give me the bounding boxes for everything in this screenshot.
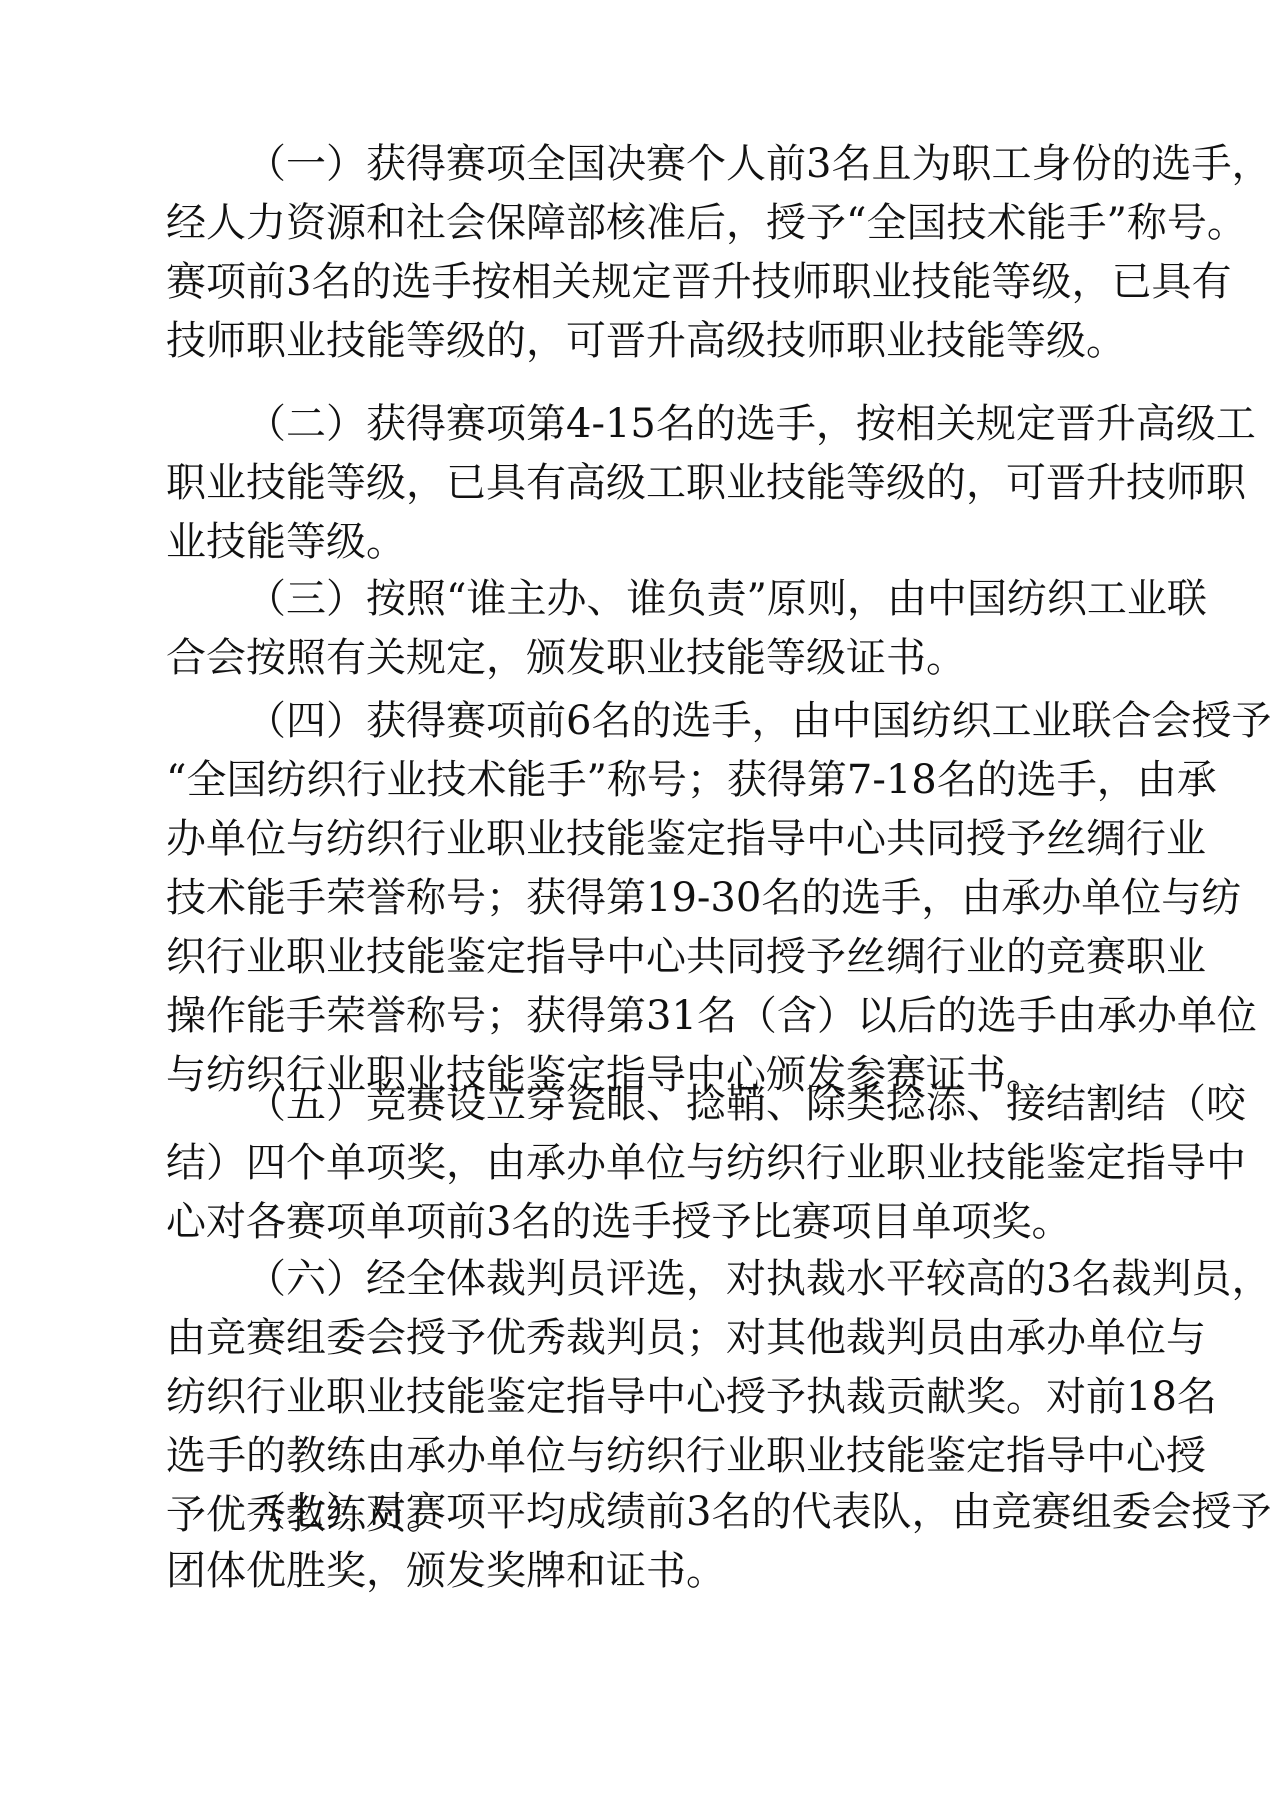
- paragraph-1-national-finals-top3: （一）获得赛项全国决赛个人前3名且为职工身份的选手， 经人力资源和社会保障部核准…: [166, 135, 1118, 371]
- paragraph-line: 职业技能等级，已具有高级工职业技能等级的，可晋升技师职: [166, 454, 1118, 513]
- paragraph-line: 技术能手荣誉称号；获得第19-30名的选手，由承办单位与纺: [166, 869, 1118, 928]
- paragraph-line: 技师职业技能等级的，可晋升高级技师职业技能等级。: [166, 312, 1118, 371]
- paragraph-line: 团体优胜奖，颁发奖牌和证书。: [166, 1542, 1118, 1601]
- paragraph-line: 织行业职业技能鉴定指导中心共同授予丝绸行业的竞赛职业: [166, 928, 1118, 987]
- paragraph-line: 选手的教练由承办单位与纺织行业职业技能鉴定指导中心授: [166, 1427, 1118, 1486]
- paragraph-line: 操作能手荣誉称号；获得第31名（含）以后的选手由承办单位: [166, 987, 1118, 1046]
- paragraph-line: 经人力资源和社会保障部核准后，授予“全国技术能手”称号。: [166, 194, 1118, 253]
- paragraph-line: 赛项前3名的选手按相关规定晋升技师职业技能等级，已具有: [166, 253, 1118, 312]
- paragraph-line: 结）四个单项奖，由承办单位与纺织行业职业技能鉴定指导中: [166, 1134, 1118, 1193]
- paragraph-5-single-event-awards: （五）竞赛设立穿瓷眼、捻鞘、除类捻添、接结割结（咬 结）四个单项奖，由承办单位与…: [166, 1075, 1118, 1252]
- paragraph-line: （三）按照“谁主办、谁负责”原则，由中国纺织工业联: [166, 570, 1118, 629]
- paragraph-line: （四）获得赛项前6名的选手，由中国纺织工业联合会授予: [166, 692, 1118, 751]
- paragraph-line: （七）对赛项平均成绩前3名的代表队，由竞赛组委会授予: [166, 1483, 1118, 1542]
- paragraph-line: （六）经全体裁判员评选，对执裁水平较高的3名裁判员，: [166, 1250, 1118, 1309]
- paragraph-line: 办单位与纺织行业职业技能鉴定指导中心共同授予丝绸行业: [166, 810, 1118, 869]
- document-page: （一）获得赛项全国决赛个人前3名且为职工身份的选手， 经人力资源和社会保障部核准…: [0, 0, 1279, 1808]
- paragraph-line: （一）获得赛项全国决赛个人前3名且为职工身份的选手，: [166, 135, 1118, 194]
- paragraph-3-certificate-principle: （三）按照“谁主办、谁负责”原则，由中国纺织工业联 合会按照有关规定，颁发职业技…: [166, 570, 1118, 688]
- paragraph-line: 纺织行业职业技能鉴定指导中心授予执裁贡献奖。对前18名: [166, 1368, 1118, 1427]
- paragraph-line: 心对各赛项单项前3名的选手授予比赛项目单项奖。: [166, 1193, 1118, 1252]
- paragraph-line: （二）获得赛项第4-15名的选手，按相关规定晋升高级工: [166, 395, 1118, 454]
- paragraph-line: 业技能等级。: [166, 513, 1118, 572]
- paragraph-4-industry-titles: （四）获得赛项前6名的选手，由中国纺织工业联合会授予 “全国纺织行业技术能手”称…: [166, 692, 1118, 1105]
- paragraph-line: “全国纺织行业技术能手”称号；获得第7-18名的选手，由承: [166, 751, 1118, 810]
- paragraph-2-rank-4-15: （二）获得赛项第4-15名的选手，按相关规定晋升高级工 职业技能等级，已具有高级…: [166, 395, 1118, 572]
- paragraph-line: 由竞赛组委会授予优秀裁判员；对其他裁判员由承办单位与: [166, 1309, 1118, 1368]
- paragraph-line: 合会按照有关规定，颁发职业技能等级证书。: [166, 629, 1118, 688]
- paragraph-7-team-award: （七）对赛项平均成绩前3名的代表队，由竞赛组委会授予 团体优胜奖，颁发奖牌和证书…: [166, 1483, 1118, 1601]
- paragraph-line: （五）竞赛设立穿瓷眼、捻鞘、除类捻添、接结割结（咬: [166, 1075, 1118, 1134]
